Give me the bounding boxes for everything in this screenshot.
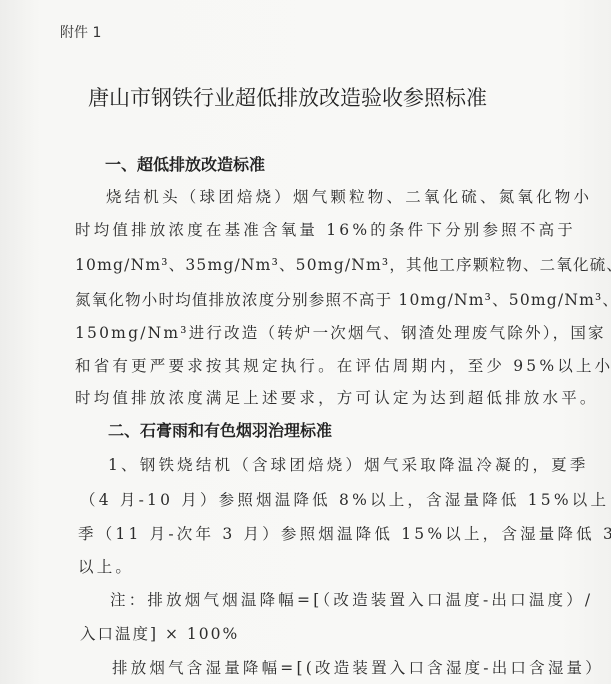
paragraph-line: 时均值排放浓度在基准含氧量 16%的条件下分别参照不高于 <box>75 218 576 240</box>
document-page: 附件 1 唐山市钢铁行业超低排放改造验收参照标准 一、超低排放改造标准 烧结机头… <box>0 0 611 684</box>
paragraph-line: 时均值排放浓度满足上述要求，方可认定为达到超低排放水平。 <box>75 386 599 408</box>
section-1-heading: 一、超低排放改造标准 <box>105 152 265 175</box>
paragraph-line: 10mg/Nm³、35mg/Nm³、50mg/Nm³，其他工序颗粒物、二氧化硫、 <box>75 253 611 275</box>
paragraph-line: （4 月-10 月）参照烟温降低 8%以上，含湿量降低 15%以上；冬 <box>80 488 611 510</box>
document-title: 唐山市钢铁行业超低排放改造验收参照标准 <box>88 82 487 112</box>
paragraph-line: 入口温度] × 100% <box>80 622 239 644</box>
paragraph-line: 和省有更严要求按其规定执行。在评估周期内，至少 95%以上小 <box>75 354 611 376</box>
paragraph-line: 150mg/Nm³进行改造（转炉一次烟气、钢渣处理废气除外），国家 <box>75 321 606 343</box>
paragraph-line: 氮氧化物小时均值排放浓度分别参照不高于 10mg/Nm³、50mg/Nm³、 <box>75 288 611 310</box>
attachment-label: 附件 1 <box>60 22 101 42</box>
paragraph-line: 烧结机头（球团焙烧）烟气颗粒物、二氧化硫、氮氧化物小 <box>106 185 592 207</box>
paragraph-line: 季（11 月-次年 3 月）参照烟温降低 15%以上，含湿量降低 30% <box>78 522 611 544</box>
section-2-heading: 二、石膏雨和有色烟羽治理标准 <box>108 418 332 441</box>
paragraph-line: 排放烟气含湿量降幅=[(改造装置入口含湿度-出口含湿量） <box>112 656 604 678</box>
paragraph-line: 注：排放烟气烟温降幅=[（改造装置入口温度-出口温度）/ <box>110 588 593 610</box>
paragraph-line: 1、钢铁烧结机（含球团焙烧）烟气采取降温冷凝的，夏季 <box>108 453 589 475</box>
paragraph-line: 以上。 <box>78 555 134 577</box>
